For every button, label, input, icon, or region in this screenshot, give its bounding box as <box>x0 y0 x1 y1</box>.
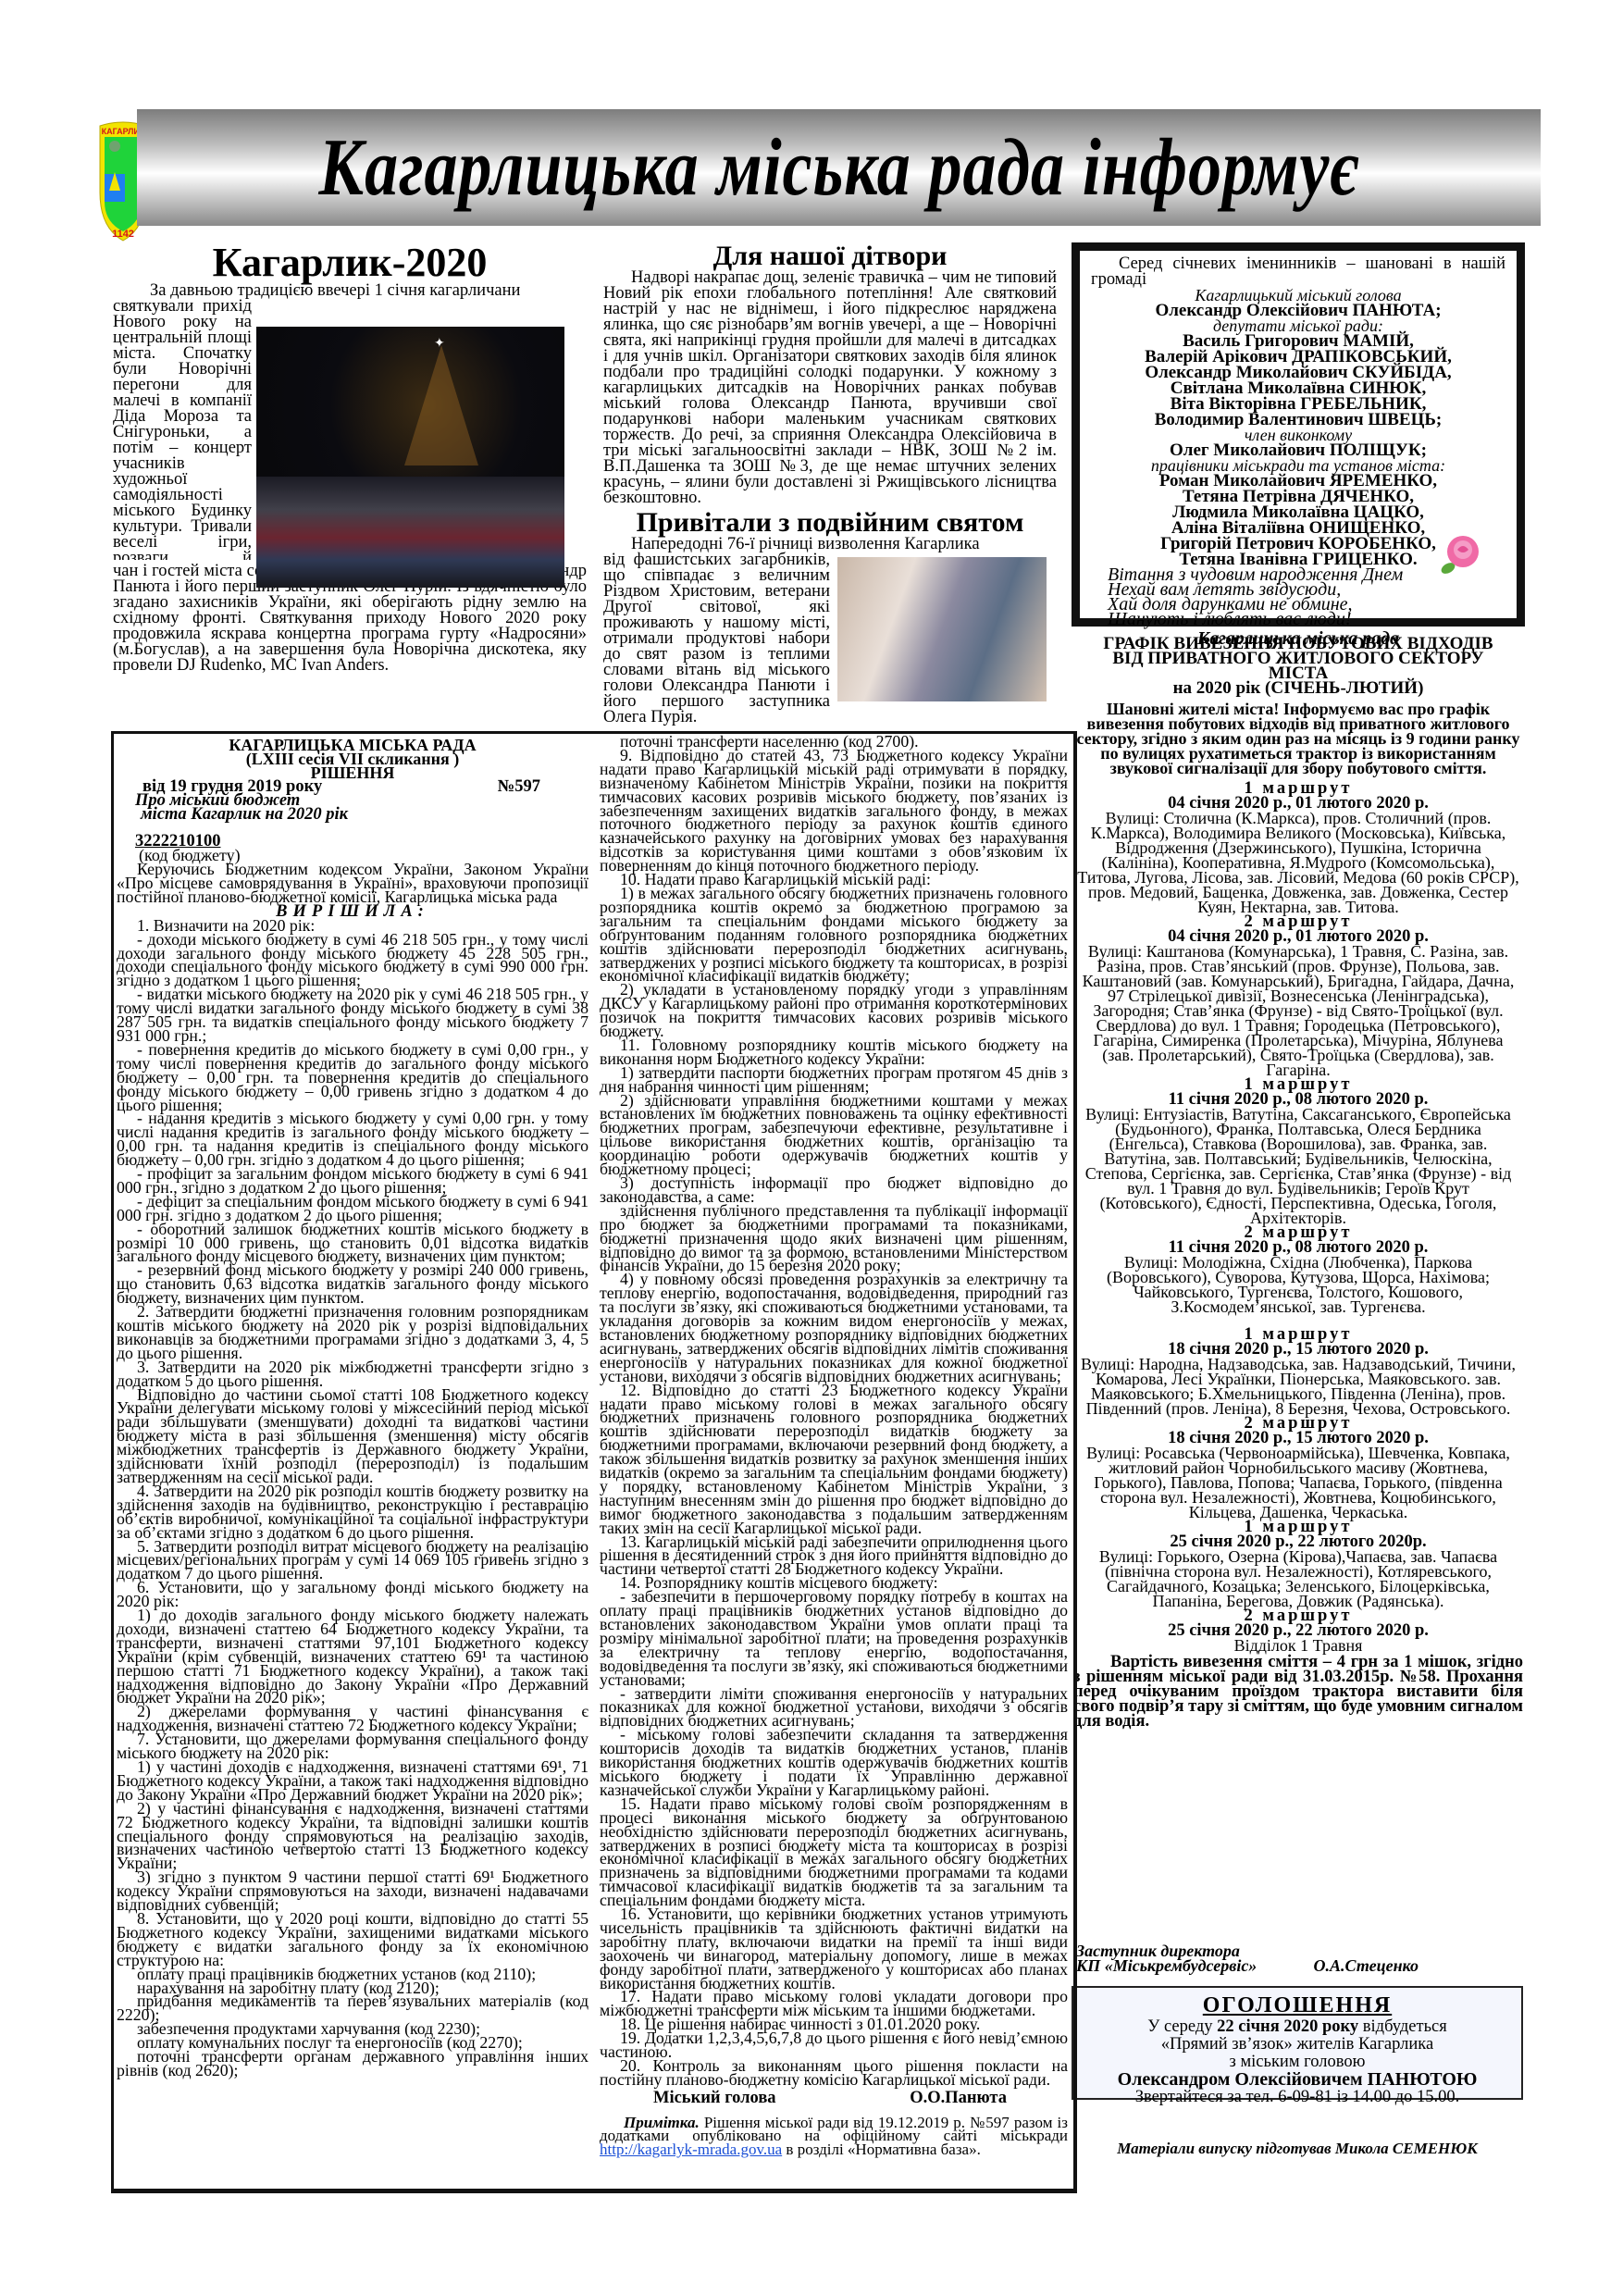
signer-org: КП «Міськрембудсервіс» <box>1076 1958 1257 1973</box>
decision-item: 1) в межах загального обсягу бюджетних п… <box>600 887 1068 983</box>
protected-expense-item: придбання медикаментів та перев’язувальн… <box>117 1994 588 2022</box>
issue-credits: Матеріали випуску підготував Микола СЕМЕ… <box>1072 2140 1523 2158</box>
decision-item: - дефіцит за спеціальним фондом міського… <box>117 1195 588 1222</box>
article-for-children: Для нашої дітвори Надворі накрапає дощ, … <box>603 242 1057 506</box>
decision-item: 4. Затвердити на 2020 рік розподіл кошті… <box>117 1484 588 1540</box>
decision-preamble: Керуючись Бюджетним кодексом України, За… <box>117 863 588 904</box>
decision-item: 15. Надати право міському голові своїм р… <box>600 1797 1068 1907</box>
text: відбудеться <box>1358 2017 1447 2036</box>
masthead-banner: Кагарлицька міська рада інформує <box>137 109 1541 226</box>
schedule-route-8: 2 маршрут 25 січня 2020 р., 22 лютого 20… <box>1073 1608 1523 1653</box>
article-text: Надворі накрапає дощ, зеленіє травичка –… <box>603 270 1057 506</box>
decision-item: 9. Відповідно до статей 43, 73 Бюджетног… <box>600 749 1068 873</box>
decision-item: 2. Затвердити бюджетні призначення голов… <box>117 1305 588 1360</box>
decision-item: 1) у частині доходів є надходження, визн… <box>117 1760 588 1802</box>
protected-expense-item: поточні трансферти органам державного уп… <box>117 2050 588 2078</box>
veterans-greeting-photo <box>837 557 1047 701</box>
announcement-box: ОГОЛОШЕННЯ У середу 22 січня 2020 року в… <box>1072 1986 1523 2100</box>
birthday-group-deputies: депутати міської ради: Василь Григорович… <box>1091 318 1505 428</box>
schedule-route-6: 2 маршрут 18 січня 2020 р., 15 лютого 20… <box>1073 1416 1523 1520</box>
decision-item: 1) затвердити паспорти бюджетних програм… <box>600 1066 1068 1094</box>
decision-item: Відповідно до частини сьомої статті 108 … <box>117 1388 588 1484</box>
schedule-route-4: 2 маршрут 11 січня 2020 р., 08 лютого 20… <box>1073 1225 1523 1314</box>
decision-item: 4) у повному обсязі проведення розрахунк… <box>600 1272 1068 1383</box>
schedule-route-1: 1 маршрут 04 січня 2020 р., 01 лютого 20… <box>1073 781 1523 914</box>
waste-collection-schedule: ГРАФІК ВИВЕЗЕННЯ ПОБУТОВИХ ВІДХОДІВ ВІД … <box>1073 637 1523 1729</box>
schedule-signer: Заступник директора КП «Міськрембудсерві… <box>1076 1943 1520 1973</box>
christmas-tree-graphic <box>404 345 478 465</box>
decision-item: 5. Затвердити розподіл витрат місцевого … <box>117 1540 588 1582</box>
schedule-route-3: 1 маршрут 11 січня 2020 р., 08 лютого 20… <box>1073 1077 1523 1225</box>
birthday-intro: Серед січневих іменинників – шановані в … <box>1091 256 1505 288</box>
decision-item: 8. Установити, що у 2020 році кошти, від… <box>117 1912 588 1967</box>
schedule-route-5: 1 маршрут 18 січня 2020 р., 15 лютого 20… <box>1073 1327 1523 1416</box>
decision-item: - профіцит за загальним фондом міського … <box>117 1167 588 1195</box>
decision-item: 2) у частині фінансування є надходження,… <box>117 1802 588 1871</box>
svg-text:1142: 1142 <box>112 229 134 240</box>
rose-icon <box>1439 531 1481 579</box>
decision-item: 11. Головному розпоряднику коштів місько… <box>600 1038 1068 1066</box>
decision-item: 2) укладати в установленому порядку угод… <box>600 983 1068 1038</box>
decision-item: - надання кредитів з міського бюджету у … <box>117 1111 588 1167</box>
schedule-route-7: 1 маршрут 25 січня 2020 р., 22 лютого 20… <box>1073 1520 1523 1608</box>
route-streets: Вулиці: Народна, Надзаводська, зав. Надз… <box>1073 1357 1523 1416</box>
decision-column-right: поточні трансферти населенню (код 2700).… <box>600 735 1068 2156</box>
decision-item: - забезпечити в першочерговому порядку п… <box>600 1590 1068 1686</box>
masthead-title: Кагарлицька міська рада інформує <box>319 121 1359 215</box>
announcement-date: 22 січня 2020 року <box>1217 2017 1358 2036</box>
decision-item: 6. Установити, що у загальному фонді міс… <box>117 1581 588 1608</box>
decision-item: 3) згідно з пунктом 9 частини першої ста… <box>117 1870 588 1912</box>
decision-item: 17. Надати право міському голові укладат… <box>600 1990 1068 2017</box>
decision-item: - затвердити ліміти споживання енергонос… <box>600 1687 1068 1729</box>
signer-name: О.А.Стеценко <box>1314 1958 1419 1973</box>
route-streets: Вулиці: Молодіжна, Східна (Любченка), Па… <box>1073 1255 1523 1314</box>
route-streets: Відділок 1 Травня <box>1073 1638 1523 1653</box>
decision-item: 13. Кагарлицькій міській раді забезпечит… <box>600 1535 1068 1577</box>
announcement-line: «Прямий зв’язок» жителів Кагарлика <box>1073 2036 1521 2054</box>
decision-item: 16. Установити, що керівники бюджетних у… <box>600 1907 1068 1990</box>
decision-number: №597 <box>498 780 540 794</box>
decision-item: - видатки міського бюджету на 2020 рік у… <box>117 987 588 1043</box>
decision-item: 3. Затвердити на 2020 рік міжбюджетні тр… <box>117 1360 588 1388</box>
mayor-title: Міський голова <box>653 2091 776 2105</box>
mayor-name: О.О.Панюта <box>910 2091 1007 2105</box>
decision-item: - повернення кредитів до міського бюджет… <box>117 1043 588 1112</box>
article-lead: За давньою традицією ввечері 1 січня каг… <box>122 283 587 299</box>
schedule-lead: Шановні жителі міста! Інформуємо вас про… <box>1073 701 1523 776</box>
decision-item: 20. Контроль за виконанням цього рішення… <box>600 2059 1068 2087</box>
decision-item: 3) доступність інформації про бюджет від… <box>600 1176 1068 1204</box>
decision-signature: Міський голова О.О.Панюта <box>600 2087 1068 2105</box>
decision-item: - міському голові забезпечити складання … <box>600 1728 1068 1797</box>
birthday-greetings-box: Серед січневих іменинників – шановані в … <box>1072 242 1525 627</box>
article-side-text: святкували прихід Нового року на централ… <box>113 299 252 560</box>
announcement-line: У середу 22 січня 2020 року відбудеться <box>1073 2018 1521 2036</box>
decision-item: 1) до доходів загального фонду міського … <box>117 1608 588 1705</box>
decision-item: - оборотний залишок бюджетних коштів міс… <box>117 1222 588 1264</box>
crowd-graphic <box>256 477 564 588</box>
decision-item: 2) джерелами формування у частині фінанс… <box>117 1705 588 1732</box>
decision-item: - резервний фонд міського бюджету у розм… <box>117 1263 588 1305</box>
schedule-title-line: на 2020 рік (СІЧЕНЬ-ЛЮТИЙ) <box>1073 681 1523 696</box>
decision-subject: міста Кагарлик на 2020 рік <box>117 808 588 822</box>
decision-item: 7. Установити, що джерелами формування с… <box>117 1732 588 1760</box>
decision-item: 12. Відповідно до статті 23 Бюджетного к… <box>600 1384 1068 1535</box>
article-title: Кагарлик-2020 <box>113 242 587 283</box>
decision-item: 19. Додатки 1,2,3,4,5,6,7,8 до цього ріш… <box>600 2031 1068 2059</box>
announcement-mayor-name: Олександром Олексійовичем ПАНЮТОЮ <box>1073 2071 1521 2089</box>
route-streets: Вулиці: Горького, Озерна (Кірова),Чапаєв… <box>1073 1549 1523 1608</box>
poem-line: Шанують і люблять вас люди! <box>1108 612 1505 627</box>
birthday-group-mayor: Кагарлицький міський голова Олександр Ол… <box>1091 288 1505 318</box>
decision-column-left: КАГАРЛИЦЬКА МІСЬКА РАДА (LXIII сесія VII… <box>117 738 588 2078</box>
article-text: від фашистських загарбників, що співпада… <box>603 552 830 726</box>
schedule-route-2: 2 маршрут 04 січня 2020 р., 01 лютого 20… <box>1073 914 1523 1077</box>
note-tail: в розділі «Нормативна база». <box>782 2141 981 2158</box>
star-icon: ✦ <box>434 336 445 352</box>
route-streets: Вулиці: Ентузіастів, Ватутіна, Саксаганс… <box>1073 1107 1523 1225</box>
text: У середу <box>1147 2017 1217 2036</box>
article-title: Для нашої дітвори <box>603 242 1057 270</box>
birthday-group-executive: член виконкому Олег Миколайович ПОЛІЩУК; <box>1091 428 1505 458</box>
route-streets: Вулиці: Столична (К.Маркса), пров. Столи… <box>1073 811 1523 914</box>
announcement-title: ОГОЛОШЕННЯ <box>1073 1993 1521 2018</box>
article-title: Привітали з подвійним святом <box>603 509 1057 537</box>
council-website-link[interactable]: http://kagarlyk-mrada.gov.ua <box>600 2141 782 2158</box>
decision-item: 2) здійснювати управління бюджетними кош… <box>600 1094 1068 1176</box>
route-streets: Вулиці: Каштанова (Комунарська), 1 Травн… <box>1073 944 1523 1077</box>
decision-item: - доходи міського бюджету в сумі 46 218 … <box>117 933 588 988</box>
route-streets: Вулиці: Росавська (Червоноармійська), Ше… <box>1073 1446 1523 1520</box>
schedule-cost-note: Вартість вивезення сміття – 4 грн за 1 м… <box>1073 1655 1523 1729</box>
decision-note: Примітка. Рішення міської ради від 19.12… <box>600 2116 1068 2157</box>
new-year-tree-crowd-photo: ✦ <box>256 327 564 588</box>
announcement-phone: Звертайтеся за тел. 6-09-81 із 14.00 до … <box>1073 2089 1521 2106</box>
decision-item: здійснення публічного представлення та п… <box>600 1204 1068 1273</box>
